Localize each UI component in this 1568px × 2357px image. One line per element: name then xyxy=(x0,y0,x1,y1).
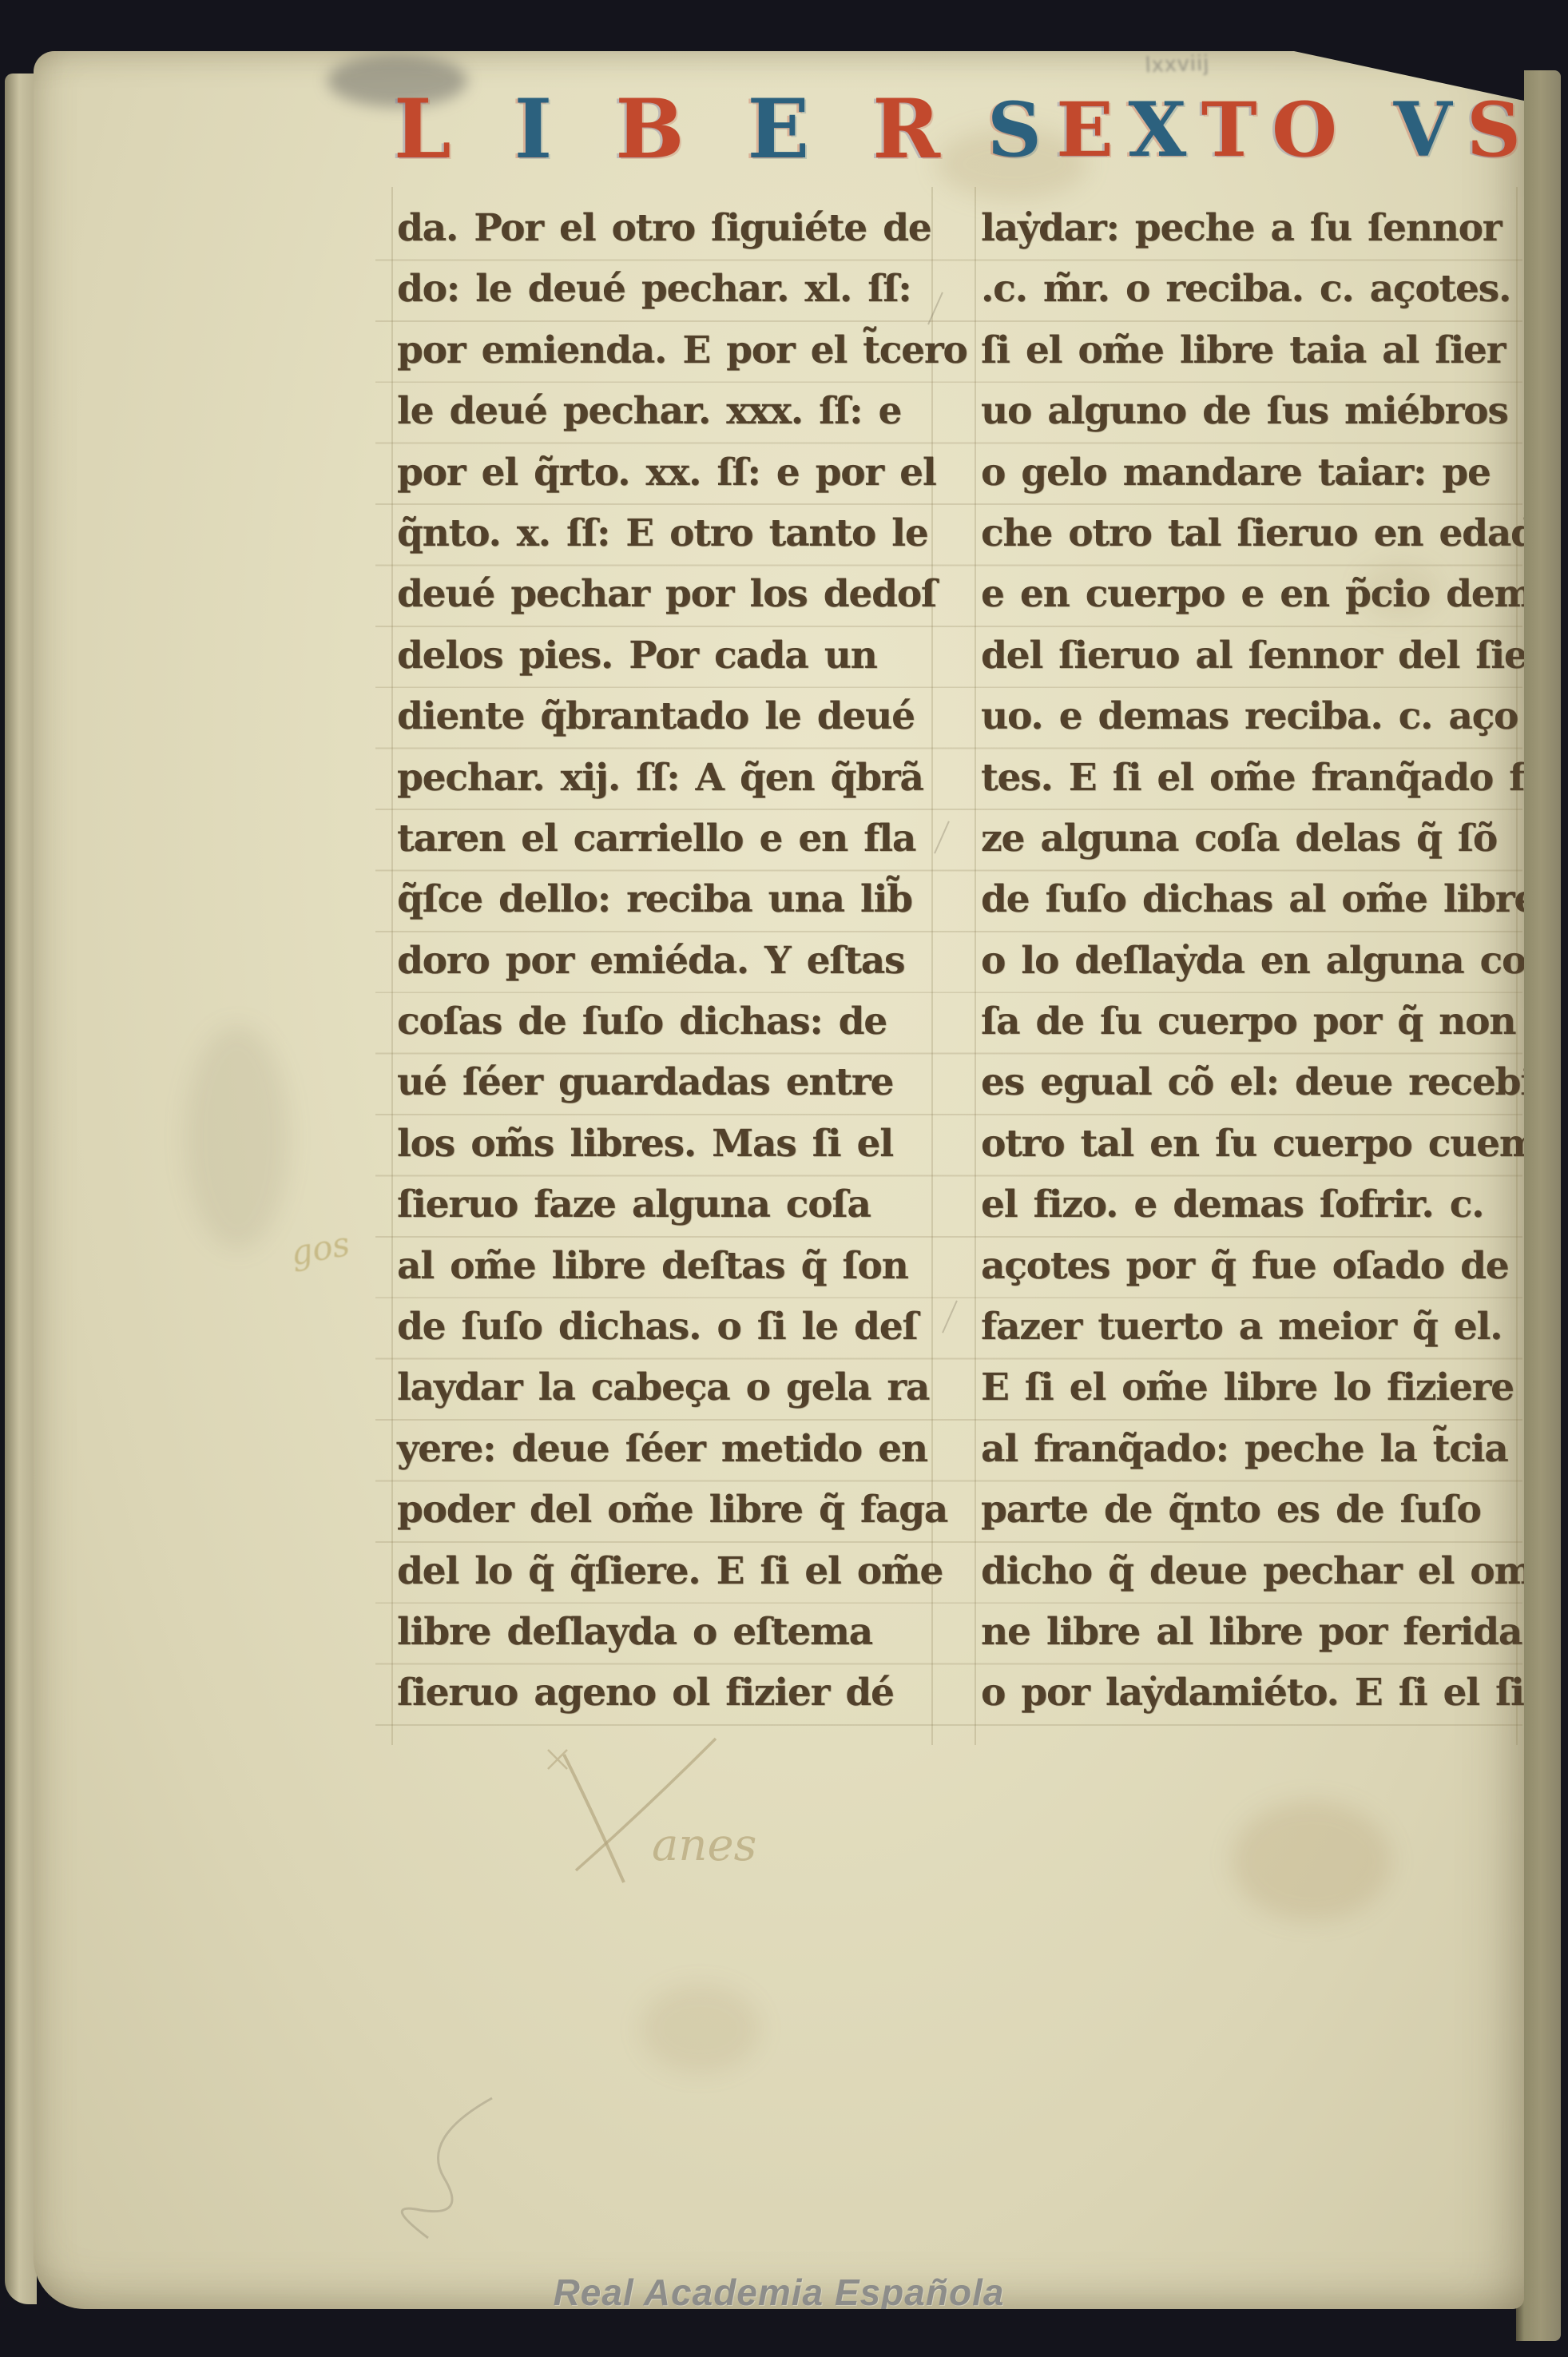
text-line: los om̃s libres. Mas ſi el xyxy=(397,1114,927,1175)
text-line: ſieruo ageno ol fizier dé xyxy=(397,1663,927,1723)
text-line: otro tal en ſu cuerpo cuemo xyxy=(981,1114,1521,1175)
text-line: delos pies. Por cada un xyxy=(397,626,927,686)
text-line: por emienda. E por el t̃cero xyxy=(397,320,927,381)
watermark: Real Academia Española xyxy=(554,2271,1005,2309)
header-letter: T xyxy=(1201,89,1257,172)
text-line: de ſuſo dichas al om̃e libre xyxy=(981,869,1521,930)
text-line: del ſieruo al ſennor del ſier xyxy=(981,626,1521,686)
text-line: parte de q̃nto es de ſuſo xyxy=(981,1480,1521,1540)
text-line: da. Por el otro ſiguiéte de xyxy=(397,198,927,259)
text-line: libre deſlayda o eſtema xyxy=(397,1602,927,1663)
header-letter: S xyxy=(1467,89,1521,172)
text-line: es egual cõ el: deue recebir xyxy=(981,1052,1521,1113)
text-line: E ſi el om̃e libre lo fiziere xyxy=(981,1357,1521,1418)
text-line: q̃ſce dello: reciba una lib̃ xyxy=(397,869,927,930)
header-letter: S xyxy=(987,89,1042,172)
page-stack-edge-left xyxy=(5,74,37,2304)
header-letter: L xyxy=(394,85,451,174)
text-line: diente q̃brantado le deué xyxy=(397,686,927,747)
text-line: yere: deue ſéer metido en xyxy=(397,1419,927,1480)
text-line: o por laẏdamiéto. E ſi el ſi xyxy=(981,1663,1521,1723)
text-line: poder del om̃e libre q̃ faga xyxy=(397,1480,927,1540)
text-line: ſi el om̃e libre taia al ſier xyxy=(981,320,1521,381)
header-letter: E xyxy=(748,85,810,174)
text-column-right: laẏdar: peche a ſu ſennor .c. m̃r. o rec… xyxy=(981,198,1521,1724)
running-title-right: S E X T O V S xyxy=(987,85,1521,198)
text-line: fazer tuerto a meior q̃ el. xyxy=(981,1297,1521,1357)
header-letter: B xyxy=(615,85,684,174)
text-line: che otro tal ſieruo en edad xyxy=(981,503,1521,564)
parchment-stain xyxy=(641,1985,760,2073)
margin-doodle: gos xyxy=(288,1224,352,1273)
parchment-stain xyxy=(185,1026,289,1250)
text-line: de ſuſo dichas. o ſi le deſ xyxy=(397,1297,927,1357)
text-line: ſa de ſu cuerpo por q̃ non xyxy=(981,992,1521,1052)
header-letter: E xyxy=(1056,89,1113,172)
pencil-slash xyxy=(934,821,950,853)
text-line: coſas de ſuſo dichas: de xyxy=(397,992,927,1052)
header-letter: X xyxy=(1128,89,1186,172)
header-letter: R xyxy=(872,85,940,174)
text-line: ne libre al libre por ferida xyxy=(981,1602,1521,1663)
text-line: por el q̃rto. xx. ſſ: e por el xyxy=(397,443,927,503)
manuscript-page: lxxviij L I B E R S E X T O V S da. Por … xyxy=(34,51,1524,2309)
text-line: ué ſéer guardadas entre xyxy=(397,1052,927,1113)
text-line: .c. m̃r. o reciba. c. açotes. E xyxy=(981,259,1521,320)
text-line: ze alguna coſa delas q̃ ſõ xyxy=(981,809,1521,869)
text-line: al om̃e libre deſtas q̃ ſon xyxy=(397,1236,927,1297)
header-letter: V xyxy=(1394,89,1452,172)
text-line: uo. e demas reciba. c. aço xyxy=(981,686,1521,747)
column-rule-left-outer xyxy=(391,187,393,1745)
text-line: laydar la cabeça o gela ra xyxy=(397,1357,927,1418)
text-line: el fizo. e demas ſofrir. c. xyxy=(981,1175,1521,1235)
text-line: del lo q̃ q̃ſiere. E ſi el om̃e xyxy=(397,1541,927,1602)
text-line: al franq̃ado: peche la t̃cia xyxy=(981,1419,1521,1480)
text-line: o lo deſlaẏda en alguna co xyxy=(981,931,1521,992)
text-line: q̃nto. x. ſſ: E otro tanto le xyxy=(397,503,927,564)
pencil-slash xyxy=(942,1300,958,1333)
header-letter: O xyxy=(1272,89,1337,172)
text-line: dicho q̃ deue pechar el om xyxy=(981,1541,1521,1602)
pencil-slash xyxy=(927,292,943,324)
pen-trial-text: anes xyxy=(652,1819,756,1871)
text-line: e en cuerpo e en p̃cio demá xyxy=(981,564,1521,625)
text-line: deué pechar por los dedoſ xyxy=(397,564,927,625)
pencil-folio-note: lxxviij xyxy=(1145,51,1210,78)
column-rule-right-inner xyxy=(975,187,976,1745)
pen-trial-inscription: anes xyxy=(516,1723,931,1898)
text-line: açotes por q̃ fue oſado de xyxy=(981,1236,1521,1297)
text-line: pechar. xij. ſſ: A q̃en q̃brã xyxy=(397,748,927,809)
text-line: tes. E ſi el om̃e franq̃ado fa xyxy=(981,748,1521,809)
text-line: taren el carriello e en fla xyxy=(397,809,927,869)
text-line: uo alguno de ſus miébros xyxy=(981,381,1521,442)
running-title-left: L I B E R xyxy=(394,85,940,193)
text-line: doro por emiéda. Y eſtas xyxy=(397,931,927,992)
text-line: ſieruo faze alguna coſa xyxy=(397,1175,927,1235)
text-line: laẏdar: peche a ſu ſennor xyxy=(981,198,1521,259)
text-line: o gelo mandare taiar: pe xyxy=(981,443,1521,503)
text-line: do: le deué pechar. xl. ſſ: xyxy=(397,259,927,320)
text-line: le deué pechar. xxx. ſſ: e xyxy=(397,381,927,442)
pencil-loop-doodle xyxy=(372,2090,540,2250)
text-column-left: da. Por el otro ſiguiéte de do: le deué … xyxy=(397,198,927,1724)
header-letter: I xyxy=(514,85,553,174)
parchment-stain xyxy=(1232,1801,1391,1921)
